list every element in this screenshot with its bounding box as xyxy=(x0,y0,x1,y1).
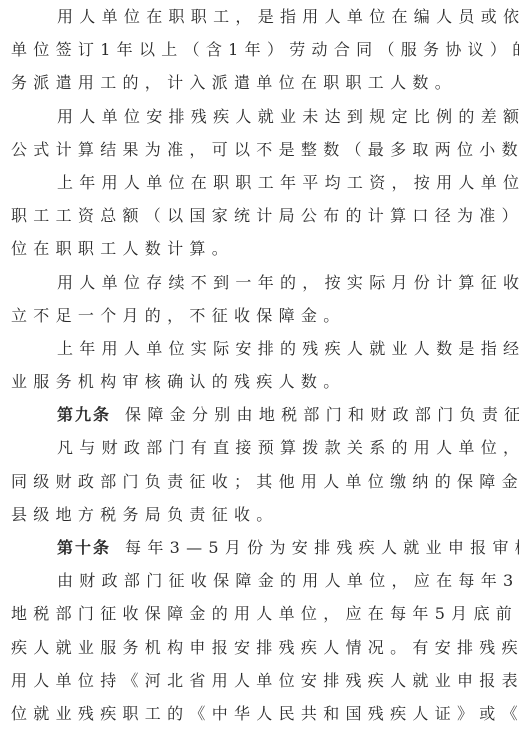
article-text: 每年3—5月份为安排残疾人就业申报审核期。 xyxy=(125,538,519,557)
text-line: 单位签订1年以上（含1年）劳动合同（服务协议）的人员。以劳 xyxy=(11,33,511,66)
text-line: 务派遣用工的，计入派遣单位在职职工人数。 xyxy=(11,66,511,99)
text-line: 用人单位存续不到一年的，按实际月份计算征收保障金；成 xyxy=(11,266,511,299)
text-line: 同级财政部门负责征收；其他用人单位缴纳的保障金由所在地 xyxy=(11,465,511,498)
text-line: 用人单位在职职工，是指用人单位在编人员或依法与用人 xyxy=(11,0,511,33)
text-line: 立不足一个月的，不征收保障金。 xyxy=(11,299,511,332)
text-line: 用人单位安排残疾人就业未达到规定比例的差额人数，以 xyxy=(11,100,511,133)
article-10-line: 第十条每年3—5月份为安排残疾人就业申报审核期。 xyxy=(11,531,511,564)
text-line: 地税部门征收保障金的用人单位，应在每年5月底前，向本级残 xyxy=(11,597,511,630)
text-line: 业服务机构审核确认的残疾人数。 xyxy=(11,365,511,398)
text-line: 由财政部门征收保障金的用人单位，应在每年3月底前；由 xyxy=(11,564,511,597)
text-line: 位就业残疾职工的《中华人民共和国残疾人证》或《中华人民共 xyxy=(11,697,511,730)
text-line: 疾人就业服务机构申报安排残疾人情况。有安排残疾人就业的 xyxy=(11,631,511,664)
article-text: 保障金分别由地税部门和财政部门负责征收。 xyxy=(125,405,519,424)
text-line: 上年用人单位实际安排的残疾人就业人数是指经残疾人就 xyxy=(11,332,511,365)
article-heading: 第十条 xyxy=(57,538,111,557)
text-line: 位在职职工人数计算。 xyxy=(11,232,511,265)
text-line: 县级地方税务局负责征收。 xyxy=(11,498,511,531)
article-heading: 第九条 xyxy=(57,405,111,424)
document-page: 用人单位在职职工，是指用人单位在编人员或依法与用人 单位签订1年以上（含1年）劳… xyxy=(11,0,511,730)
article-9-line: 第九条保障金分别由地税部门和财政部门负责征收。 xyxy=(11,398,511,431)
text-line: 上年用人单位在职职工年平均工资，按用人单位上年在职 xyxy=(11,166,511,199)
text-line: 凡与财政部门有直接预算拨款关系的用人单位，保障金由 xyxy=(11,431,511,464)
text-line: 职工工资总额（以国家统计局公布的计算口径为准）除以用人单 xyxy=(11,199,511,232)
text-line: 公式计算结果为准，可以不是整数（最多取两位小数）。 xyxy=(11,133,511,166)
text-line: 用人单位持《河北省用人单位安排残疾人就业申报表》、在本单 xyxy=(11,664,511,697)
